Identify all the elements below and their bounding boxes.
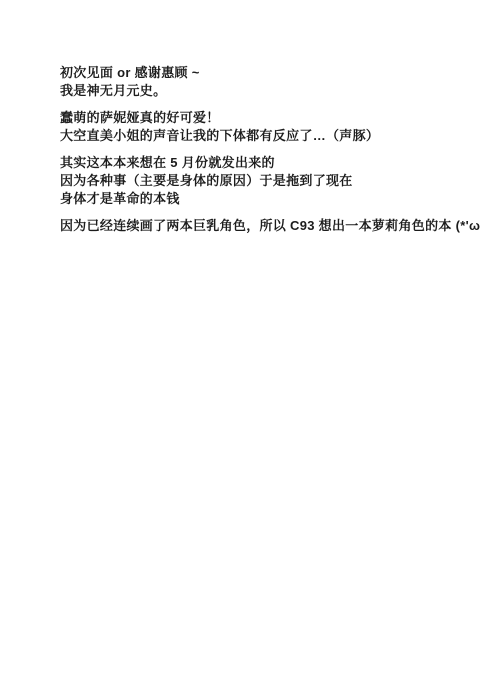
paragraph-greeting: 初次见面 or 感谢惠顾 ~ 我是神无月元史。 <box>60 64 460 100</box>
text-line: 因为已经连续画了两本巨乳角色，所以 C93 想出一本萝莉角色的本 (*'ω'*) <box>60 217 460 235</box>
text-line: 初次见面 or 感谢惠顾 ~ <box>60 64 460 82</box>
afterword-page: 初次见面 or 感谢惠顾 ~ 我是神无月元史。 蠢萌的萨妮娅真的好可爱！ 大空直… <box>0 0 480 685</box>
text-line: 蠢萌的萨妮娅真的好可爱！ <box>60 109 460 127</box>
text-line: 我是神无月元史。 <box>60 82 460 100</box>
text-line: 其实这本本来想在 5 月份就发出来的 <box>60 154 460 172</box>
paragraph-next-book-plan: 因为已经连续画了两本巨乳角色，所以 C93 想出一本萝莉角色的本 (*'ω'*) <box>60 217 460 235</box>
paragraph-delay-explanation: 其实这本本来想在 5 月份就发出来的 因为各种事（主要是身体的原因）于是拖到了现… <box>60 154 460 208</box>
paragraph-character-comment: 蠢萌的萨妮娅真的好可爱！ 大空直美小姐的声音让我的下体都有反应了…（声豚） <box>60 109 460 145</box>
text-line: 大空直美小姐的声音让我的下体都有反应了…（声豚） <box>60 127 460 145</box>
text-line: 因为各种事（主要是身体的原因）于是拖到了现在 <box>60 172 460 190</box>
text-line: 身体才是革命的本钱 <box>60 190 460 208</box>
